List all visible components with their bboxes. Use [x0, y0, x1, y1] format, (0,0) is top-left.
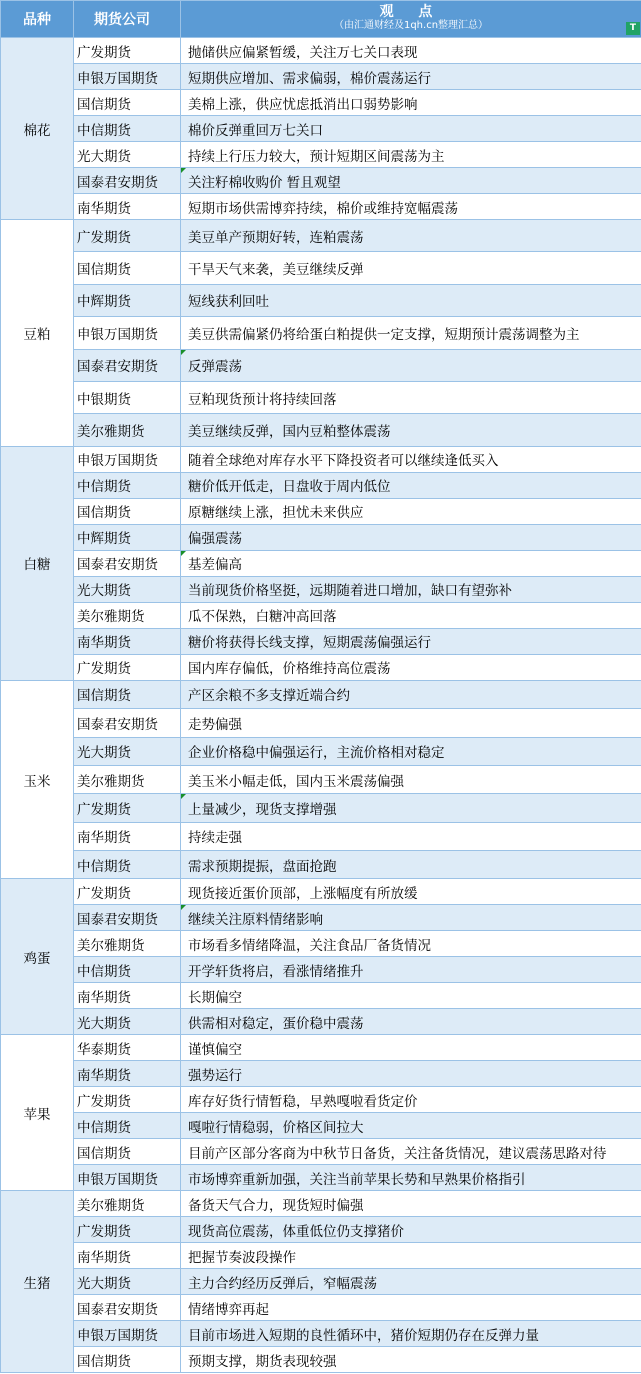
- view-text: 把握节奏波段操作: [188, 1250, 296, 1266]
- view-cell[interactable]: 基差偏高: [181, 550, 641, 576]
- view-text: 情绪博弈再起: [188, 1302, 269, 1318]
- table-row: 白糖申银万国期货随着全球绝对库存水平下降投资者可以继续逢低买入: [1, 446, 641, 472]
- table-row: 中辉期货短线获利回吐: [1, 284, 641, 316]
- company-cell[interactable]: 中信期货: [74, 116, 181, 142]
- view-cell[interactable]: 开学轩货将启，看涨情绪推升: [181, 957, 641, 983]
- view-text: 糖价将获得长线支撑，短期震荡偏强运行: [188, 635, 431, 651]
- company-cell[interactable]: 中信期货: [74, 1113, 181, 1139]
- company-cell[interactable]: 广发期货: [74, 1217, 181, 1243]
- variety-cell[interactable]: 生猪: [1, 1191, 74, 1373]
- view-cell[interactable]: 目前市场进入短期的良性循环中，猪价短期仍存在反弹力量: [181, 1321, 641, 1347]
- view-text: 开学轩货将启，看涨情绪推升: [188, 964, 364, 980]
- table-row: 南华期货把握节奏波段操作: [1, 1243, 641, 1269]
- view-text: 目前产区部分客商为中秋节日备货，关注备货情况，建议震荡思路对待: [188, 1146, 607, 1162]
- view-text: 棉价反弹重回万七关口: [188, 123, 323, 139]
- table-row: 广发期货国内库存偏低，价格维持高位震荡: [1, 654, 641, 680]
- company-cell[interactable]: 中辉期货: [74, 284, 181, 316]
- company-cell[interactable]: 光大期货: [74, 142, 181, 168]
- table-row: 国信期货预期支撑，期货表现较强: [1, 1347, 641, 1373]
- table-row: 美尔雅期货美玉米小幅走低，国内玉米震荡偏强: [1, 765, 641, 793]
- table-row: 国泰君安期货继续关注原料情绪影响: [1, 905, 641, 931]
- table-row: 中信期货糖价低开低走，日盘收于周内低位: [1, 472, 641, 498]
- table-row: 苹果华泰期货谨慎偏空: [1, 1035, 641, 1061]
- comment-marker-icon: [181, 905, 186, 910]
- table-row: 国信期货目前产区部分客商为中秋节日备货，关注备货情况，建议震荡思路对待: [1, 1139, 641, 1165]
- table-row: 中信期货棉价反弹重回万七关口: [1, 116, 641, 142]
- view-cell[interactable]: 随着全球绝对库存水平下降投资者可以继续逢低买入: [181, 446, 641, 472]
- view-text: 当前现货价格坚挺，远期随着进口增加，缺口有望弥补: [188, 583, 512, 599]
- company-cell[interactable]: 国信期货: [74, 680, 181, 708]
- view-cell[interactable]: 美豆单产预期好转，连粕震荡: [181, 220, 641, 252]
- view-cell[interactable]: 预期支撑，期货表现较强: [181, 1347, 641, 1373]
- table-row: 南华期货长期偏空: [1, 983, 641, 1009]
- view-text: 干旱天气来袭，美豆继续反弹: [188, 262, 364, 278]
- view-cell[interactable]: 短期供应增加、需求偏弱，棉价震荡运行: [181, 64, 641, 90]
- view-text: 上量减少，现货支撑增强: [188, 802, 337, 818]
- header-row: 品种 期货公司 观 点 （由汇通财经及1qh.cn整理汇总） T: [1, 1, 641, 38]
- company-cell[interactable]: 美尔雅期货: [74, 1191, 181, 1217]
- table-row: 国信期货原糖继续上涨，担忧未来供应: [1, 498, 641, 524]
- table-row: 中信期货嘎啦行情稳弱，价格区间拉大: [1, 1113, 641, 1139]
- view-text: 产区余粮不多支撑近端合约: [188, 688, 350, 704]
- company-cell[interactable]: 光大期货: [74, 1269, 181, 1295]
- variety-cell[interactable]: 白糖: [1, 446, 74, 680]
- company-cell[interactable]: 申银万国期货: [74, 64, 181, 90]
- view-text: 强势运行: [188, 1068, 242, 1084]
- company-cell[interactable]: 中信期货: [74, 957, 181, 983]
- view-cell[interactable]: 关注籽棉收购价 暂且观望: [181, 168, 641, 194]
- company-cell[interactable]: 光大期货: [74, 1009, 181, 1035]
- view-cell[interactable]: 主力合约经历反弹后，窄幅震荡: [181, 1269, 641, 1295]
- table-row: 申银万国期货美豆供需偏紧仍将给蛋白粕提供一定支撑，短期预计震荡调整为主: [1, 317, 641, 349]
- view-cell[interactable]: 美玉米小幅走低，国内玉米震荡偏强: [181, 765, 641, 793]
- view-text: 需求预期提振，盘面抢跑: [188, 859, 337, 875]
- view-cell[interactable]: 短期市场供需博弈持续，棉价或维持宽幅震荡: [181, 194, 641, 220]
- view-cell[interactable]: 现货高位震荡，体重低位仍支撑猪价: [181, 1217, 641, 1243]
- view-text: 豆粕现货预计将持续回落: [188, 392, 337, 408]
- table-row: 棉花广发期货抛储供应偏紧暂缓，关注万七关口表现: [1, 38, 641, 64]
- company-cell[interactable]: 广发期货: [74, 38, 181, 64]
- table-row: 广发期货上量减少，现货支撑增强: [1, 794, 641, 822]
- table-row: 南华期货短期市场供需博弈持续，棉价或维持宽幅震荡: [1, 194, 641, 220]
- company-cell[interactable]: 国泰君安期货: [74, 349, 181, 381]
- table-row: 光大期货主力合约经历反弹后，窄幅震荡: [1, 1269, 641, 1295]
- table-row: 美尔雅期货瓜不保熟，白糖冲高回落: [1, 602, 641, 628]
- company-cell[interactable]: 国泰君安期货: [74, 709, 181, 737]
- company-cell[interactable]: 广发期货: [74, 1087, 181, 1113]
- view-text: 瓜不保熟，白糖冲高回落: [188, 609, 337, 625]
- company-cell[interactable]: 中辉期货: [74, 524, 181, 550]
- company-cell[interactable]: 国信期货: [74, 90, 181, 116]
- view-cell[interactable]: 美棉上涨，供应忧虑抵消出口弱势影响: [181, 90, 641, 116]
- company-cell[interactable]: 南华期货: [74, 1243, 181, 1269]
- company-cell[interactable]: 中银期货: [74, 381, 181, 413]
- view-text: 谨慎偏空: [188, 1042, 242, 1058]
- view-text: 市场博弈重新加强，关注当前苹果长势和早熟果价格指引: [188, 1172, 526, 1188]
- view-cell[interactable]: 继续关注原料情绪影响: [181, 905, 641, 931]
- company-cell[interactable]: 中信期货: [74, 851, 181, 879]
- company-cell[interactable]: 国泰君安期货: [74, 168, 181, 194]
- table-row: 申银万国期货市场博弈重新加强，关注当前苹果长势和早熟果价格指引: [1, 1165, 641, 1191]
- table-row: 美尔雅期货美豆继续反弹，国内豆粕整体震荡: [1, 414, 641, 446]
- table-row: 中辉期货偏强震荡: [1, 524, 641, 550]
- table-row: 鸡蛋广发期货现货接近蛋价顶部，上涨幅度有所放缓: [1, 879, 641, 905]
- table-row: 生猪美尔雅期货备货天气合力，现货短时偏强: [1, 1191, 641, 1217]
- view-text: 嘎啦行情稳弱，价格区间拉大: [188, 1120, 364, 1136]
- table-row: 光大期货供需相对稳定，蛋价稳中震荡: [1, 1009, 641, 1035]
- filter-icon[interactable]: T: [626, 22, 640, 35]
- view-text: 偏强震荡: [188, 531, 242, 547]
- company-cell[interactable]: 国信期货: [74, 1139, 181, 1165]
- variety-cell[interactable]: 鸡蛋: [1, 879, 74, 1035]
- table-row: 光大期货企业价格稳中偏强运行，主流价格相对稳定: [1, 737, 641, 765]
- view-cell[interactable]: 谨慎偏空: [181, 1035, 641, 1061]
- table-row: 光大期货当前现货价格坚挺，远期随着进口增加，缺口有望弥补: [1, 576, 641, 602]
- view-cell[interactable]: 长期偏空: [181, 983, 641, 1009]
- view-text: 持续上行压力较大，预计短期区间震荡为主: [188, 149, 445, 165]
- table-row: 国泰君安期货基差偏高: [1, 550, 641, 576]
- view-cell[interactable]: 嘎啦行情稳弱，价格区间拉大: [181, 1113, 641, 1139]
- company-cell[interactable]: 广发期货: [74, 220, 181, 252]
- view-text: 市场看多情绪降温，关注食品厂备货情况: [188, 938, 431, 954]
- view-text: 供需相对稳定，蛋价稳中震荡: [188, 1016, 364, 1032]
- company-cell[interactable]: 国信期货: [74, 498, 181, 524]
- view-cell[interactable]: 目前产区部分客商为中秋节日备货，关注备货情况，建议震荡思路对待: [181, 1139, 641, 1165]
- view-cell[interactable]: 需求预期提振，盘面抢跑: [181, 851, 641, 879]
- company-cell[interactable]: 南华期货: [74, 628, 181, 654]
- company-cell[interactable]: 申银万国期货: [74, 1165, 181, 1191]
- table-row: 广发期货现货高位震荡，体重低位仍支撑猪价: [1, 1217, 641, 1243]
- variety-cell[interactable]: 苹果: [1, 1035, 74, 1191]
- table-row: 南华期货持续走强: [1, 822, 641, 850]
- company-cell[interactable]: 国信期货: [74, 252, 181, 284]
- table-row: 国泰君安期货走势偏强: [1, 709, 641, 737]
- table-row: 光大期货持续上行压力较大，预计短期区间震荡为主: [1, 142, 641, 168]
- company-cell[interactable]: 南华期货: [74, 983, 181, 1009]
- company-cell[interactable]: 美尔雅期货: [74, 765, 181, 793]
- header-view[interactable]: 观 点 （由汇通财经及1qh.cn整理汇总） T: [181, 1, 641, 38]
- company-cell[interactable]: 南华期货: [74, 822, 181, 850]
- company-cell[interactable]: 国泰君安期货: [74, 550, 181, 576]
- view-text: 反弹震荡: [188, 359, 242, 375]
- view-text: 备货天气合力，现货短时偏强: [188, 1198, 364, 1214]
- view-cell[interactable]: 供需相对稳定，蛋价稳中震荡: [181, 1009, 641, 1035]
- view-text: 短期供应增加、需求偏弱，棉价震荡运行: [188, 71, 431, 87]
- view-text: 随着全球绝对库存水平下降投资者可以继续逢低买入: [188, 453, 499, 469]
- view-cell[interactable]: 产区余粮不多支撑近端合约: [181, 680, 641, 708]
- variety-cell[interactable]: 玉米: [1, 680, 74, 879]
- view-text: 目前市场进入短期的良性循环中，猪价短期仍存在反弹力量: [188, 1328, 539, 1344]
- view-cell[interactable]: 持续上行压力较大，预计短期区间震荡为主: [181, 142, 641, 168]
- company-cell[interactable]: 广发期货: [74, 879, 181, 905]
- view-text: 企业价格稳中偏强运行，主流价格相对稳定: [188, 745, 445, 761]
- view-cell[interactable]: 库存好货行情暂稳，早熟嘎啦看货定价: [181, 1087, 641, 1113]
- header-company[interactable]: 期货公司: [74, 1, 181, 38]
- view-cell[interactable]: 短线获利回吐: [181, 284, 641, 316]
- variety-cell[interactable]: 棉花: [1, 38, 74, 220]
- company-cell[interactable]: 光大期货: [74, 576, 181, 602]
- company-cell[interactable]: 南华期货: [74, 1061, 181, 1087]
- view-cell[interactable]: 豆粕现货预计将持续回落: [181, 381, 641, 413]
- table-row: 中信期货开学轩货将启，看涨情绪推升: [1, 957, 641, 983]
- table-row: 国泰君安期货情绪博弈再起: [1, 1295, 641, 1321]
- company-cell[interactable]: 申银万国期货: [74, 1321, 181, 1347]
- view-cell[interactable]: 糖价低开低走，日盘收于周内低位: [181, 472, 641, 498]
- view-text: 原糖继续上涨，担忧未来供应: [188, 505, 364, 521]
- view-cell[interactable]: 瓜不保熟，白糖冲高回落: [181, 602, 641, 628]
- view-text: 美豆单产预期好转，连粕震荡: [188, 230, 364, 246]
- company-cell[interactable]: 美尔雅期货: [74, 414, 181, 446]
- company-cell[interactable]: 华泰期货: [74, 1035, 181, 1061]
- table-row: 国信期货干旱天气来袭，美豆继续反弹: [1, 252, 641, 284]
- company-cell[interactable]: 申银万国期货: [74, 317, 181, 349]
- table-row: 申银万国期货短期供应增加、需求偏弱，棉价震荡运行: [1, 64, 641, 90]
- view-text: 长期偏空: [188, 990, 242, 1006]
- view-text: 美玉米小幅走低，国内玉米震荡偏强: [188, 774, 404, 790]
- view-cell[interactable]: 持续走强: [181, 822, 641, 850]
- view-text: 短期市场供需博弈持续，棉价或维持宽幅震荡: [188, 201, 458, 217]
- view-text: 国内库存偏低，价格维持高位震荡: [188, 661, 391, 677]
- comment-marker-icon: [181, 551, 186, 556]
- view-cell[interactable]: 情绪博弈再起: [181, 1295, 641, 1321]
- company-cell[interactable]: 国信期货: [74, 1347, 181, 1373]
- view-text: 库存好货行情暂稳，早熟嘎啦看货定价: [188, 1094, 418, 1110]
- view-cell[interactable]: 走势偏强: [181, 709, 641, 737]
- company-cell[interactable]: 南华期货: [74, 194, 181, 220]
- comment-marker-icon: [181, 168, 186, 173]
- futures-views-table: 品种 期货公司 观 点 （由汇通财经及1qh.cn整理汇总） T 棉花广发期货抛…: [0, 0, 641, 1373]
- view-cell[interactable]: 美豆供需偏紧仍将给蛋白粕提供一定支撑，短期预计震荡调整为主: [181, 317, 641, 349]
- comment-marker-icon: [181, 350, 186, 355]
- view-cell[interactable]: 市场博弈重新加强，关注当前苹果长势和早熟果价格指引: [181, 1165, 641, 1191]
- view-text: 继续关注原料情绪影响: [188, 912, 323, 928]
- company-cell[interactable]: 申银万国期货: [74, 446, 181, 472]
- view-text: 现货接近蛋价顶部，上涨幅度有所放缓: [188, 886, 418, 902]
- table-body: 棉花广发期货抛储供应偏紧暂缓，关注万七关口表现申银万国期货短期供应增加、需求偏弱…: [1, 38, 641, 1373]
- table-row: 国信期货美棉上涨，供应忧虑抵消出口弱势影响: [1, 90, 641, 116]
- header-view-subtitle: （由汇通财经及1qh.cn整理汇总）: [181, 19, 641, 33]
- table-row: 广发期货库存好货行情暂稳，早熟嘎啦看货定价: [1, 1087, 641, 1113]
- table-row: 中信期货需求预期提振，盘面抢跑: [1, 851, 641, 879]
- table-row: 国泰君安期货关注籽棉收购价 暂且观望: [1, 168, 641, 194]
- company-cell[interactable]: 广发期货: [74, 794, 181, 822]
- table-row: 美尔雅期货市场看多情绪降温，关注食品厂备货情况: [1, 931, 641, 957]
- view-text: 美豆继续反弹，国内豆粕整体震荡: [188, 424, 391, 440]
- table-row: 南华期货糖价将获得长线支撑，短期震荡偏强运行: [1, 628, 641, 654]
- view-text: 美棉上涨，供应忧虑抵消出口弱势影响: [188, 97, 418, 113]
- view-text: 持续走强: [188, 830, 242, 846]
- view-text: 基差偏高: [188, 557, 242, 573]
- table-row: 申银万国期货目前市场进入短期的良性循环中，猪价短期仍存在反弹力量: [1, 1321, 641, 1347]
- view-text: 现货高位震荡，体重低位仍支撑猪价: [188, 1224, 404, 1240]
- view-text: 预期支撑，期货表现较强: [188, 1354, 337, 1370]
- view-cell[interactable]: 糖价将获得长线支撑，短期震荡偏强运行: [181, 628, 641, 654]
- view-cell[interactable]: 上量减少，现货支撑增强: [181, 794, 641, 822]
- view-text: 抛储供应偏紧暂缓，关注万七关口表现: [188, 45, 418, 61]
- view-cell[interactable]: 抛储供应偏紧暂缓，关注万七关口表现: [181, 38, 641, 64]
- view-text: 短线获利回吐: [188, 294, 269, 310]
- company-cell[interactable]: 美尔雅期货: [74, 931, 181, 957]
- table-row: 国泰君安期货反弹震荡: [1, 349, 641, 381]
- company-cell[interactable]: 美尔雅期货: [74, 602, 181, 628]
- view-cell[interactable]: 企业价格稳中偏强运行，主流价格相对稳定: [181, 737, 641, 765]
- table-row: 豆粕广发期货美豆单产预期好转，连粕震荡: [1, 220, 641, 252]
- view-cell[interactable]: 原糖继续上涨，担忧未来供应: [181, 498, 641, 524]
- view-cell[interactable]: 当前现货价格坚挺，远期随着进口增加，缺口有望弥补: [181, 576, 641, 602]
- company-cell[interactable]: 国泰君安期货: [74, 1295, 181, 1321]
- header-variety[interactable]: 品种: [1, 1, 74, 38]
- view-text: 糖价低开低走，日盘收于周内低位: [188, 479, 391, 495]
- view-text: 走势偏强: [188, 717, 242, 733]
- view-cell[interactable]: 现货接近蛋价顶部，上涨幅度有所放缓: [181, 879, 641, 905]
- company-cell[interactable]: 国泰君安期货: [74, 905, 181, 931]
- view-cell[interactable]: 备货天气合力，现货短时偏强: [181, 1191, 641, 1217]
- company-cell[interactable]: 中信期货: [74, 472, 181, 498]
- view-cell[interactable]: 反弹震荡: [181, 349, 641, 381]
- view-text: 关注籽棉收购价 暂且观望: [188, 175, 341, 191]
- view-cell[interactable]: 美豆继续反弹，国内豆粕整体震荡: [181, 414, 641, 446]
- view-text: 美豆供需偏紧仍将给蛋白粕提供一定支撑，短期预计震荡调整为主: [188, 327, 580, 343]
- table-row: 南华期货强势运行: [1, 1061, 641, 1087]
- view-cell[interactable]: 国内库存偏低，价格维持高位震荡: [181, 654, 641, 680]
- view-cell[interactable]: 棉价反弹重回万七关口: [181, 116, 641, 142]
- view-cell[interactable]: 干旱天气来袭，美豆继续反弹: [181, 252, 641, 284]
- variety-cell[interactable]: 豆粕: [1, 220, 74, 447]
- header-view-title: 观 点: [181, 5, 641, 19]
- table-row: 中银期货豆粕现货预计将持续回落: [1, 381, 641, 413]
- company-cell[interactable]: 广发期货: [74, 654, 181, 680]
- view-cell[interactable]: 强势运行: [181, 1061, 641, 1087]
- company-cell[interactable]: 光大期货: [74, 737, 181, 765]
- table-row: 玉米国信期货产区余粮不多支撑近端合约: [1, 680, 641, 708]
- comment-marker-icon: [181, 794, 186, 799]
- view-cell[interactable]: 把握节奏波段操作: [181, 1243, 641, 1269]
- view-cell[interactable]: 偏强震荡: [181, 524, 641, 550]
- view-cell[interactable]: 市场看多情绪降温，关注食品厂备货情况: [181, 931, 641, 957]
- view-text: 主力合约经历反弹后，窄幅震荡: [188, 1276, 377, 1292]
